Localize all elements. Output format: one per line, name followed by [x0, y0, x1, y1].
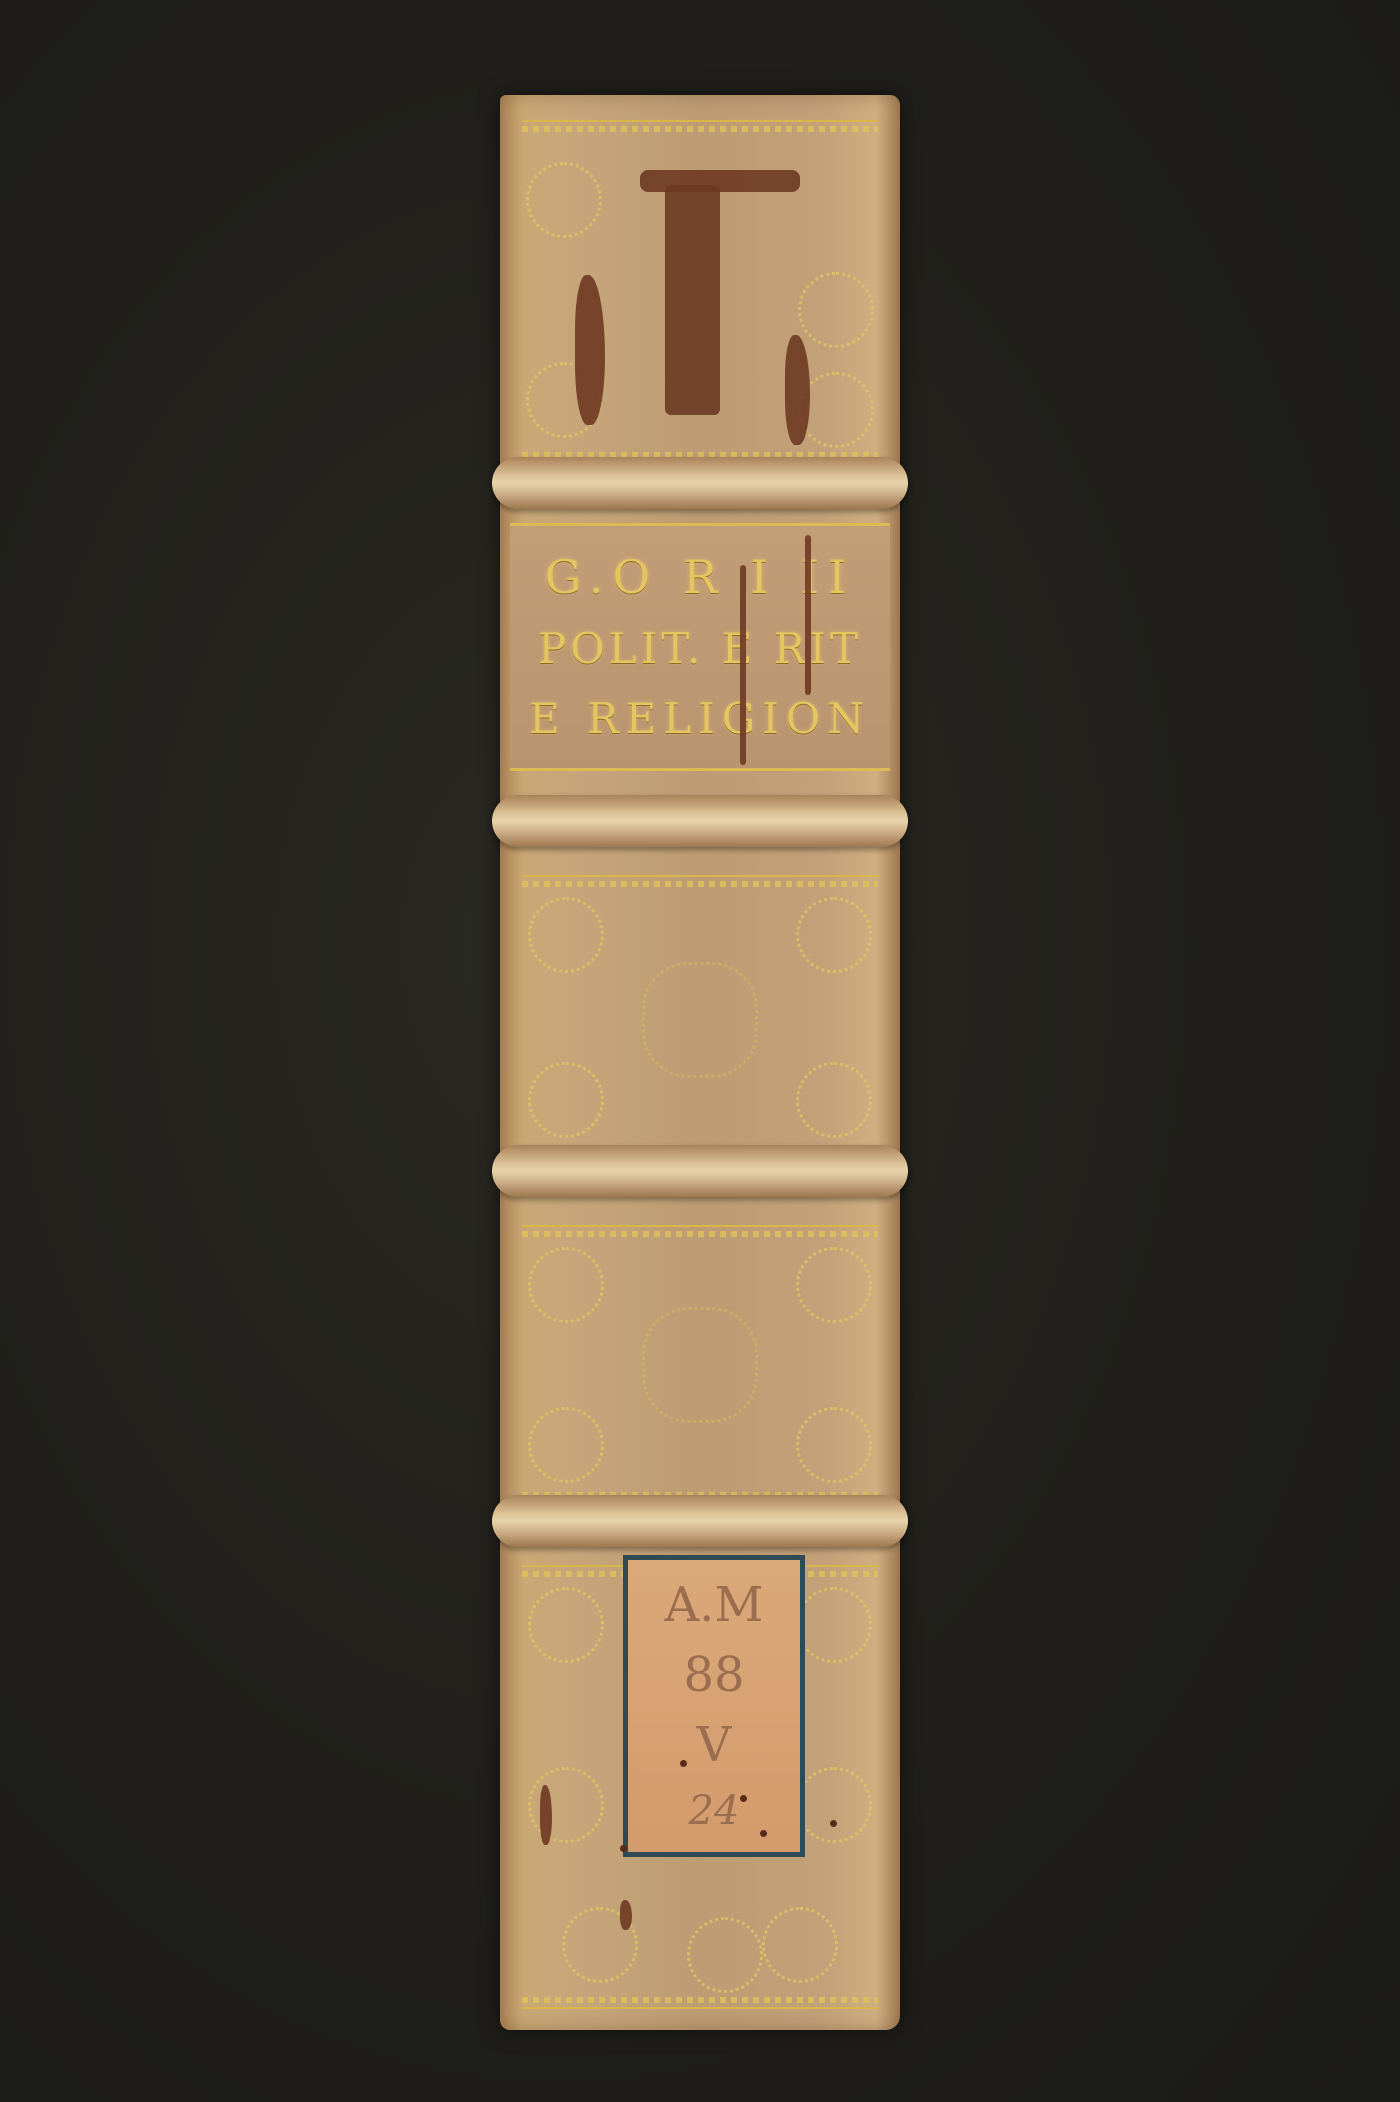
wormhole: [830, 1820, 837, 1827]
shelf-label-line-4: 24: [689, 1791, 740, 1831]
gilt-ornament-icon: [687, 1917, 763, 1993]
gilt-ornament-icon: [528, 897, 604, 973]
raised-band-1: [492, 457, 908, 509]
raised-band-4: [492, 1495, 908, 1547]
crack: [740, 565, 746, 765]
gilt-ornament-icon: [796, 1247, 872, 1323]
shelf-label: A.M 88 V 24: [623, 1555, 805, 1857]
compartment-4: [522, 1225, 878, 1504]
gilt-ornament-icon: [796, 897, 872, 973]
gilt-ornament-icon: [528, 1587, 604, 1663]
gilt-ornament-icon: [796, 1767, 872, 1843]
raised-band-3: [492, 1145, 908, 1197]
gilt-ornament-icon: [798, 272, 874, 348]
gilt-ornament-icon: [526, 162, 602, 238]
title-line-2: POLIT. E RIT: [538, 628, 862, 670]
title-line-3: E RELIGION: [529, 698, 871, 740]
center-ornament-icon: [642, 1307, 758, 1423]
gilt-ornament-icon: [528, 1407, 604, 1483]
gilt-ornament-icon: [796, 1587, 872, 1663]
compartment-3: [522, 875, 878, 1164]
shelf-label-line-3: V: [697, 1721, 732, 1769]
gilt-ornament-icon: [796, 1062, 872, 1138]
raised-band-2: [492, 795, 908, 847]
gilt-ornament-icon: [796, 1407, 872, 1483]
leather-loss: [665, 185, 720, 415]
shelf-label-line-2: 88: [683, 1651, 744, 1699]
gilt-ornament-icon: [528, 1062, 604, 1138]
title-panel: G.O R I II POLIT. E RIT E RELIGION: [510, 523, 890, 771]
wormhole: [760, 1830, 767, 1837]
wormhole: [680, 1760, 687, 1767]
crack: [805, 535, 811, 695]
leather-loss: [640, 170, 800, 192]
wormhole: [740, 1795, 747, 1802]
gilt-ornament-icon: [528, 1247, 604, 1323]
wormhole: [620, 1845, 627, 1852]
leather-loss: [620, 1900, 632, 1930]
gilt-ornament-icon: [762, 1907, 838, 1983]
book-spine: G.O R I II POLIT. E RIT E RELIGION A.M 8…: [500, 95, 900, 2030]
center-ornament-icon: [642, 962, 758, 1078]
shelf-label-line-1: A.M: [664, 1581, 763, 1629]
